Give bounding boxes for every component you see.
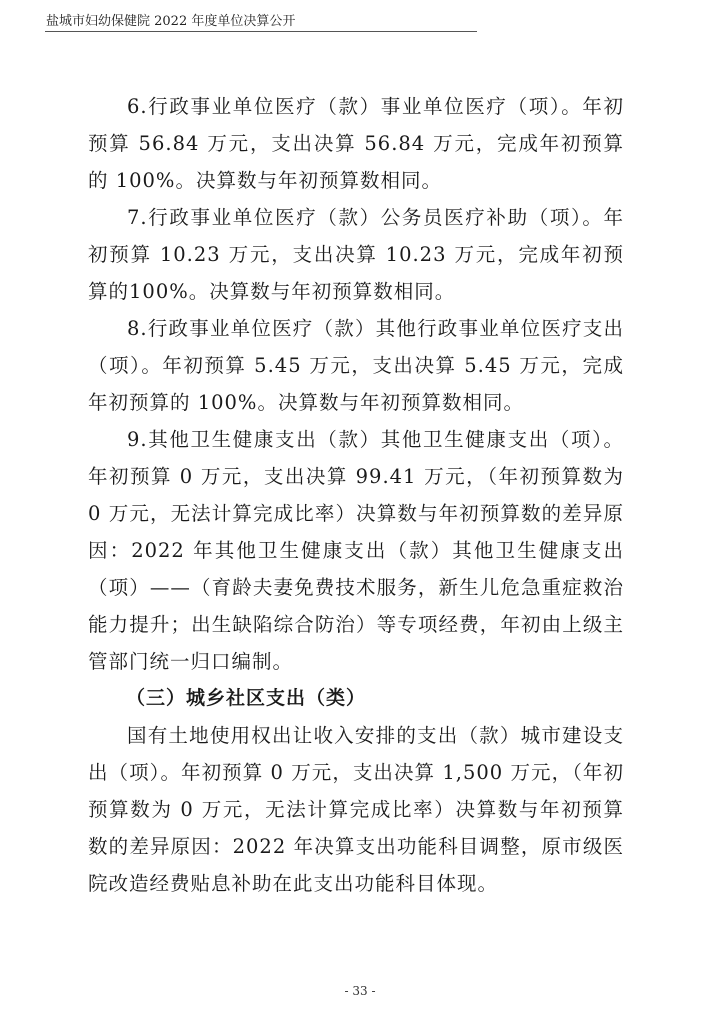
header-divider	[45, 31, 477, 32]
page-number: - 33 -	[0, 984, 720, 998]
paragraph-item-8: 8.行政事业单位医疗（款）其他行政事业单位医疗支出（项）。年初预算 5.45 万…	[88, 310, 624, 421]
paragraph-item-6: 6.行政事业单位医疗（款）事业单位医疗（项）。年初预算 56.84 万元，支出决…	[88, 88, 624, 199]
paragraph-item-7: 7.行政事业单位医疗（款）公务员医疗补助（项）。年初预算 10.23 万元，支出…	[88, 199, 624, 310]
paragraph-section-3-body: 国有土地使用权出让收入安排的支出（款）城市建设支出（项）。年初预算 0 万元，支…	[88, 717, 624, 902]
paragraph-item-9: 9.其他卫生健康支出（款）其他卫生健康支出（项）。年初预算 0 万元，支出决算 …	[88, 421, 624, 680]
section-heading: （三）城乡社区支出（类）	[88, 680, 624, 717]
document-header: 盐城市妇幼保健院 2022 年度单位决算公开	[46, 10, 476, 29]
document-body: 6.行政事业单位医疗（款）事业单位医疗（项）。年初预算 56.84 万元，支出决…	[88, 88, 624, 902]
